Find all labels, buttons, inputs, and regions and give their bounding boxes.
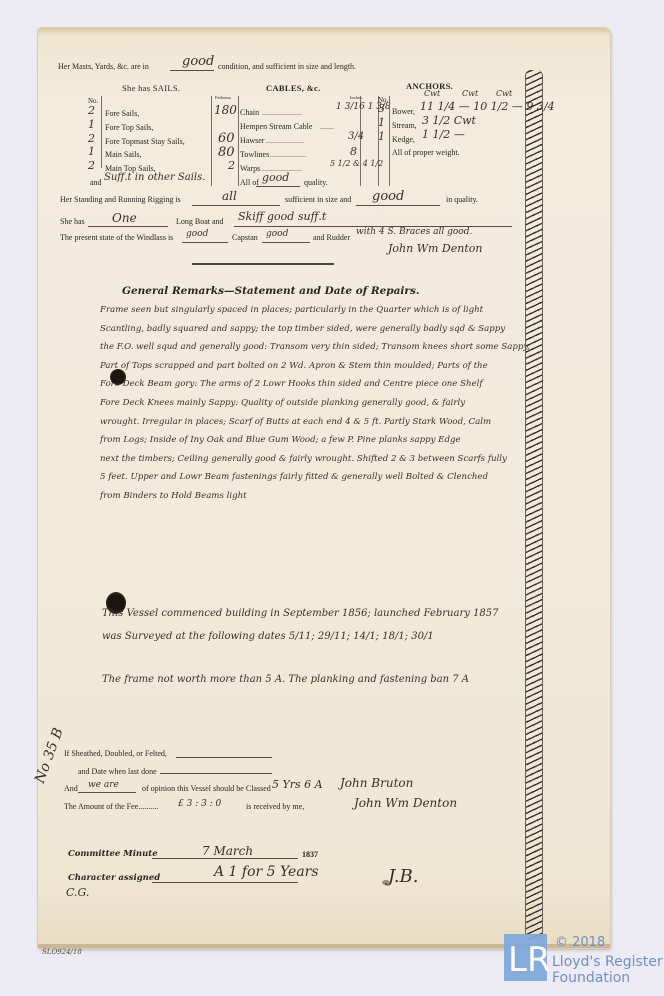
cable-inches: 8 xyxy=(350,145,357,158)
anchor-no: 1 xyxy=(378,116,385,129)
capstan-value: good xyxy=(266,229,288,239)
windlass-underline xyxy=(182,242,228,243)
sail-no: 2 xyxy=(88,104,95,117)
rigging-suffix: in quality. xyxy=(446,195,478,204)
archive-reference: SLO924/18 xyxy=(42,948,82,956)
sails-divider xyxy=(101,96,102,168)
decorative-spiral-border xyxy=(525,70,543,940)
anchor-label: Bower, xyxy=(392,107,415,116)
cable-label: Hawser xyxy=(240,136,264,145)
capstan-label: Capstan xyxy=(232,233,258,242)
cables-header: CABLES, &c. xyxy=(266,83,321,93)
sails-header: She has SAILS. xyxy=(122,83,180,93)
remarks-line: Frame seen but singularly spaced in plac… xyxy=(100,301,530,320)
fee-signature: John Wm Denton xyxy=(354,796,457,810)
cables-all-of-suffix: quality. xyxy=(304,178,328,187)
remarks-line: from Logs; Inside of Iny Oak and Blue Gu… xyxy=(100,431,530,450)
remarks-line: Fore Deck Knees mainly Sappy: Quality of… xyxy=(100,394,530,413)
cable-leader-dots: .................... xyxy=(262,108,302,117)
classing-surveyor-signature: John Bruton xyxy=(340,776,413,790)
anchors-divider xyxy=(389,96,390,186)
cable-inches: 3/4 xyxy=(348,131,364,142)
cable-inches: 5 1/2 & 4 1/2 xyxy=(330,159,383,168)
rudder-label: and Rudder xyxy=(313,233,350,242)
date-last-done-field xyxy=(160,773,272,774)
cable-label: Hempen Stream Cable xyxy=(240,122,312,131)
fathoms-label: Fathoms. xyxy=(215,95,232,100)
classed-we-value: we are xyxy=(88,780,119,790)
date-last-done-label: and Date when last done xyxy=(78,767,157,776)
boats-middle: Long Boat and xyxy=(176,217,224,226)
committee-minute-value: 7 March xyxy=(202,844,253,858)
remarks-heading: General Remarks—Statement and Date of Re… xyxy=(122,285,420,297)
classed-middle: of opinion this Vessel should be Classed xyxy=(142,784,271,793)
org-name-line2: Foundation xyxy=(552,971,630,986)
remarks-line: next the timbers; Ceiling generally good… xyxy=(100,450,530,469)
sail-label: Fore Top Sails, xyxy=(105,123,153,132)
classed-we-underline xyxy=(78,792,136,793)
cable-fathoms: 80 xyxy=(218,145,235,160)
sail-no: 1 xyxy=(88,118,95,131)
anchors-footer: All of proper weight. xyxy=(392,148,460,157)
surveyor-signature-top: John Wm Denton xyxy=(388,242,482,255)
cables-fathoms-divider xyxy=(238,96,239,186)
boats-value-2: Skiff good suff.t xyxy=(238,210,326,223)
cable-leader-dots: ....... xyxy=(320,122,334,131)
rigging-middle: sufficient in size and xyxy=(285,195,351,204)
cable-leader-dots: ................... xyxy=(266,136,304,145)
anchor-cwt-head: Cwt xyxy=(462,89,478,98)
fee-amount: £ 3 : 3 : 0 xyxy=(178,799,221,809)
remarks-line: wrought. Irregular in places; Scarf of B… xyxy=(100,413,530,432)
rigging-value-2: good xyxy=(372,189,404,204)
remarks-line: Scantling, badly squared and sappy; the … xyxy=(100,320,530,339)
windlass-prefix: The present state of the Windlass is xyxy=(60,233,173,242)
sail-label: Main Sails, xyxy=(105,150,141,159)
classed-prefix: And xyxy=(64,784,78,793)
sail-label: Fore Topmast Stay Sails, xyxy=(105,137,185,146)
frame-remark: The frame not worth more than 5 A. The p… xyxy=(102,674,469,685)
corner-note: C.G. xyxy=(66,886,89,899)
capstan-underline xyxy=(262,242,310,243)
boats-prefix: She has xyxy=(60,217,85,226)
rigging-underline-2 xyxy=(356,205,440,206)
masts-suffix: condition, and sufficient in size and le… xyxy=(218,62,356,71)
ink-blot xyxy=(110,369,126,385)
sails-other-value: Suff.t in other Sails. xyxy=(104,172,205,183)
sail-no: 2 xyxy=(88,159,95,172)
anchor-cwt-head: Cwt xyxy=(424,89,440,98)
cable-label: Warps xyxy=(240,164,260,173)
anchor-label: Kedge, xyxy=(392,135,415,144)
remarks-line: from Binders to Hold Beams light xyxy=(100,487,530,506)
build-line: This Vessel commenced building in Septem… xyxy=(102,602,499,625)
remarks-line: the F.O. well squd and generally good: T… xyxy=(100,338,530,357)
lr-logo-icon: LR xyxy=(504,934,547,981)
character-assigned-label: Character assigned xyxy=(68,873,160,883)
committee-minute-year: 1837 xyxy=(302,850,318,859)
anchor-no: 3 xyxy=(378,102,385,115)
fee-label: The Amount of the Fee.......... xyxy=(64,802,158,811)
rudder-value: with 4 S. Braces all good. xyxy=(356,227,472,237)
cables-quality-value: good xyxy=(262,171,289,184)
masts-condition-value: good xyxy=(182,54,214,69)
cable-label: Towlines xyxy=(240,150,269,159)
anchor-weight: 3 1/2 Cwt xyxy=(422,114,476,127)
character-assigned-field xyxy=(152,882,298,883)
sail-no: 1 xyxy=(88,145,95,158)
sheathed-field xyxy=(176,757,272,758)
windlass-value: good xyxy=(186,229,208,239)
sail-no: 2 xyxy=(88,132,95,145)
boats-value-1: One xyxy=(112,211,137,225)
cables-quality-underline xyxy=(256,186,300,187)
ink-smudge xyxy=(382,880,390,885)
anchor-no: 1 xyxy=(378,130,385,143)
remarks-body: Frame seen but singularly spaced in plac… xyxy=(100,301,530,506)
section-divider xyxy=(192,263,334,265)
boats-underline-1 xyxy=(88,226,168,227)
committee-initials: J.B. xyxy=(388,866,419,887)
cable-fathoms: 60 xyxy=(218,131,235,146)
sail-label: Fore Sails, xyxy=(105,109,139,118)
committee-minute-label: Committee Minute xyxy=(68,849,158,859)
remarks-line: Fore Deck Beam gory: The arms of 2 Lowr … xyxy=(100,375,530,394)
committee-minute-field xyxy=(152,858,298,859)
cable-fathoms: 180 xyxy=(214,103,237,117)
org-name-line1: Lloyd's Register xyxy=(552,955,663,970)
cable-leader-dots: .................. xyxy=(270,150,306,159)
masts-prefix: Her Masts, Yards, &c. are in xyxy=(58,62,149,71)
anchor-weight: 1 1/2 — xyxy=(422,128,465,141)
build-remarks: This Vessel commenced building in Septem… xyxy=(102,602,499,648)
cable-label: Chain xyxy=(240,108,259,117)
sails-and-label: and xyxy=(90,178,102,187)
rigging-underline-1 xyxy=(192,205,280,206)
remarks-line: Part of Tops scrapped and part bolted on… xyxy=(100,357,530,376)
build-line: was Surveyed at the following dates 5/11… xyxy=(102,625,499,648)
rigging-prefix: Her Standing and Running Rigging is xyxy=(60,195,181,204)
classed-value: 5 Yrs 6 A xyxy=(272,778,323,791)
cables-left-divider xyxy=(211,96,212,186)
anchor-cwt-head: Cwt xyxy=(496,89,512,98)
fee-suffix: is received by me, xyxy=(246,802,304,811)
sheathed-label: If Sheathed, Doubled, or Felted, xyxy=(64,749,167,758)
anchor-label: Stream, xyxy=(392,121,417,130)
lr-logo-letters: LR xyxy=(508,943,551,977)
masts-underline xyxy=(170,70,214,71)
cable-fathoms: 2 xyxy=(228,159,235,172)
inches-label: Inches. xyxy=(350,95,363,100)
remarks-line: 5 feet. Upper and Lowr Beam fastenings f… xyxy=(100,468,530,487)
character-assigned-value: A 1 for 5 Years xyxy=(214,864,319,880)
copyright-text: © 2018 xyxy=(555,935,605,950)
rigging-value-1: all xyxy=(222,189,237,203)
